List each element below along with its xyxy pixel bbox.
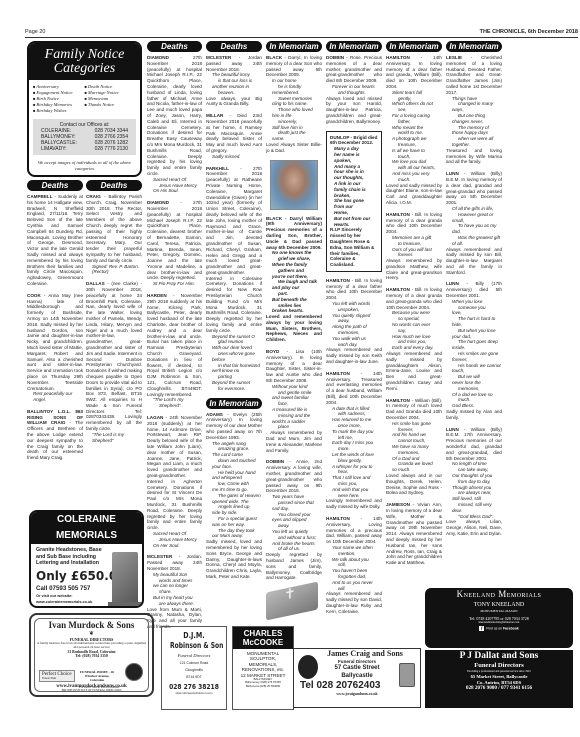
ad-phone: 028 276 38218 (167, 683, 221, 691)
notice-name: HAMILTON (326, 278, 350, 283)
notice-list: CRAIG - Ballintoy Parish Church. Craig, … (86, 194, 142, 443)
notice-poem: The beautiful ironyis that our loss isan… (206, 72, 262, 95)
notice-entry: MCLESTER - Jordan. Passed away 24th Nove… (147, 554, 202, 629)
ad-title: COLERAINE MEMORIALS (31, 512, 142, 544)
notice-signoff: Sadly missed, loved and remembered by he… (206, 539, 262, 580)
notice-entry: LAGAN - 24th November 2018 (suddenly) at… (147, 415, 202, 548)
ad-title: P J Dallat and Sons (425, 650, 573, 662)
poem-line: Shepherd". (153, 403, 202, 409)
notice-text: - Cherished memories of a loving Husband… (446, 55, 502, 95)
notice-poem: Sadly missed. (206, 154, 262, 160)
section-header-in-memoriam: In Memoriam (386, 41, 442, 52)
notice-name: BLACK (266, 55, 282, 60)
notice-signoff: . Always remembered by Dad and Mum, Jim … (266, 430, 322, 453)
section-header-deaths: Deaths (206, 41, 262, 52)
page-number: Page 20 (25, 29, 46, 35)
notice-signoff: Always remembered and sadly missed by so… (326, 591, 382, 614)
notice-signoff: Loved and sadly missed by daughter Elain… (386, 183, 442, 206)
notice-poem: When you losesomeone youlove,The hurt is… (446, 299, 502, 409)
notice-text: - 14th Anniversary. In loving memory of … (386, 55, 442, 89)
notice-text: - William (Billy) B.E.M. In loving memor… (446, 171, 502, 205)
ad-title: Ivan Murdock & Sons (35, 619, 148, 631)
notice-entry: BLACK - Darryl, In loving memory of a de… (266, 55, 322, 154)
notice-entry: DALLAS - (nee Clarke) - 30th November 20… (86, 281, 142, 443)
notice-name: HAMILTON (386, 398, 410, 403)
notice-signoff: Always remembered by grandson Matthew, w… (386, 258, 442, 281)
column-4: In Memoriam BLACK - Darryl, In loving me… (266, 41, 322, 619)
poem-line: for evermore. (212, 386, 262, 392)
categories-title: Family Notice Categories (29, 43, 140, 80)
ad-website-link[interactable]: www.ivanmurdockandsons.co.uk (35, 684, 148, 689)
notice-text: - Vivian Ann, In loving memory of a dear… (386, 502, 442, 565)
notice-signoff: Deeply regretted by husband James (Jim),… (266, 552, 322, 581)
poem-line: For a special guest (212, 516, 262, 522)
notice-poem: Sacred Heart OfJesus Have MercyOn Her So… (147, 531, 202, 548)
notice-signoff: Lovingly remembered and sadly missed by … (326, 498, 382, 510)
office-row: LIMAVADY:028 7776 2130 (41, 146, 128, 152)
notice-poem: Memories are a giftto treasure,Ours of y… (386, 235, 442, 258)
notice-text: - Lisa (10th Anniversary). In loving mem… (266, 349, 322, 383)
notice-poem: "The Lord's myShepherd". (147, 397, 202, 409)
ad-address: BT44 9DT (162, 675, 226, 679)
notice-signoff: Love always Lilian, George, Alison, Neil… (446, 519, 502, 536)
ad-brand: CHARLES McCOOKE (233, 627, 293, 649)
notice-entry: HAMILTON - William (Bill). In memory of … (386, 398, 442, 497)
notice-name: LUNN (446, 281, 459, 286)
category-item: Birthday Wishes (33, 108, 85, 114)
lion-crest-icon (298, 655, 318, 679)
poem-line: St Pio Pray For Him. (153, 281, 202, 287)
section-header-deaths: Deaths (147, 41, 202, 52)
notice-entry: BOYD - Lisa (10th Anniversary). In lovin… (266, 349, 322, 453)
notice-poem: A date that is filledwith sadness,Has re… (326, 406, 382, 499)
perfect-choice-sub: Funeral Plans (42, 677, 72, 680)
notice-poem: Rest peacefully our Angel. (27, 391, 83, 403)
bifd-label: BRITISH INSTITUTE OF FUNERAL DIRECTORS (35, 689, 148, 692)
ad-title: D.J.M. (168, 630, 219, 641)
ad-pj-dallat: P J Dallat and Sons Funeral Directors Pr… (425, 650, 573, 708)
poem-line: ones who've gone (212, 351, 262, 357)
notice-entry: CAMPBELL - Suddenly at his home 14 Hallg… (27, 194, 83, 287)
notice-name: DIAMOND (147, 55, 169, 60)
perfect-choice-logo: Perfect Choice Funeral Plans (39, 670, 75, 682)
notice-signoff: Loved always and in our thoughts, Derek,… (386, 473, 442, 496)
notice-poem: The angels sangamazing grace.The Lord ca… (206, 441, 262, 540)
column-1: Family Notice Categories Anniversary Dea… (27, 41, 142, 467)
category-list: Anniversary Death Notice Engagement Noti… (29, 80, 140, 117)
section-header-in-memoriam: In Memoriam (326, 41, 382, 52)
notice-text: - Annie, 2nd Anniversary. A loving wife,… (266, 459, 322, 493)
notice-poem: Many a dayher name isspoken,And many aho… (330, 146, 378, 227)
notice-text: - November 29th 2018 suddenly at his hom… (147, 293, 202, 397)
ad-subtitle: Funeral Directors (425, 662, 573, 670)
notice-name: DIAMOND (147, 200, 169, 205)
portrait-photo (270, 160, 318, 210)
ad-djm-robinson: D.J.M. Robinson & Son Funeral Directors … (161, 626, 227, 710)
ad-line: RENOVATIONS, etc. (233, 667, 293, 672)
ad-tagline: A family business free from all multinat… (35, 642, 148, 650)
notice-entry: LUNN - Billy (17th Anniversary) died 5th… (446, 281, 502, 420)
deaths-subcolumns: Deaths CAMPBELL - Suddenly at his home 1… (27, 180, 142, 467)
poem-line: Was the greatest gift (452, 235, 502, 241)
notice-entry: HAMILTON - Bill. In loving memory of a d… (386, 212, 442, 282)
notice-poem: Silent tears fallgently,Which others do … (386, 90, 442, 183)
ad-phone: Ballymena (028) 25 653690 (233, 685, 293, 688)
poem-line: Signed: Rev. P. Barton. (Rector) (92, 264, 142, 276)
notice-name: MCLESTER (206, 55, 231, 60)
notice-poem: Beyond the sunset Oglad reunionWith our … (206, 334, 262, 392)
notice-poem: His smile has goneforever,And his hand w… (386, 421, 442, 473)
lantern-icon (399, 663, 415, 687)
facebook-lead: Find us on (486, 626, 502, 630)
notice-name: LUNN (446, 427, 459, 432)
ad-email[interactable]: kneelandmemorials@btinternet.com (425, 621, 573, 624)
facebook-badge[interactable]: f Find us on Facebook (425, 626, 573, 631)
notice-entry: DIAMOND - 27th November 2018 (peacefully… (147, 55, 202, 194)
facebook-label: Facebook (503, 626, 519, 630)
notice-text: - 27th November 2018 (peacefully) at Rat… (206, 166, 262, 333)
notice-entry: HAMILTON - Bill. In loving memory of a d… (326, 278, 382, 365)
notice-poem: "The Lord is my Shepherd" (86, 432, 142, 444)
column-3: Deaths MCLESTER - Jordan passed away 24t… (206, 41, 262, 586)
section-header-in-memoriam: In Memoriam (266, 41, 322, 52)
notice-name: DALLAS (86, 281, 105, 286)
family-notice-categories-box: Family Notice Categories Anniversary Dea… (27, 41, 142, 177)
section-header-deaths: Deaths (27, 180, 83, 191)
notice-entry: LUNN - William (Billy) B.E.M. 17th Anniv… (446, 427, 502, 537)
notice-poem: Without your kindand gentle smileand swe… (266, 384, 322, 430)
notice-name: DUNLOP (330, 135, 349, 140)
notice-poem: Things havechanged in manyways,But one t… (446, 96, 502, 148)
ad-coleraine-memorials: COLERAINE MEMORIALS Granite Headstones, … (29, 510, 144, 608)
poem-line: "The Lord is my Shepherd" (92, 432, 142, 444)
notice-poem: Two years havepassed since thatsad day.Y… (266, 494, 322, 552)
notice-poem: My beautiful Sonwords and timeswe can no… (147, 572, 202, 607)
notice-name: COOK (27, 293, 41, 298)
categories-title-line2: Categories (29, 62, 140, 76)
notice-list: LESLIE - Cherished memories of a loving … (446, 55, 502, 537)
images-note: We accept images of individuals in all o… (29, 157, 140, 175)
ad-role: MONUMENTAL MASON (425, 609, 573, 613)
headstone-image (112, 552, 138, 604)
poem-line: The gates of Heaven (212, 493, 262, 499)
notice-list: ADAMS - Evelyn (25th Anniversary) In lov… (206, 412, 262, 580)
ad-line: Lettering and Installation (36, 560, 116, 567)
notice-text: - 24th November 2018 (suddenly) at her h… (147, 415, 202, 530)
dunlop-boxed-notice: DUNLOP - Brigid died 6th December 2012. … (326, 131, 382, 272)
notice-signoff: Loved Always Sister Billie-jo & Dad. (266, 142, 322, 154)
notice-entry: JAMIESON - Vivian Ann, In loving memory … (386, 502, 442, 566)
notice-entry: LESLIE - Cherished memories of a loving … (446, 55, 502, 165)
ad-title: Kneeland Memorials (425, 588, 573, 601)
poem-line: Rest peacefully our Angel. (33, 391, 83, 403)
ad-address: Cloughmills (162, 668, 226, 672)
ad-charles-mccooke: CHARLES McCOOKE MONUMENTAL SCULPTOR, MEM… (232, 626, 294, 710)
notice-name: BLACK (266, 216, 282, 221)
notice-name: HAMILTON (386, 287, 410, 292)
notice-name: HAMILTON (326, 371, 350, 376)
notice-entry: HAMILTON - 14th Anniversary. Loving memo… (326, 516, 382, 615)
column-7: In Memoriam LESLIE - Cherished memories … (446, 41, 502, 543)
notice-poem: No length of timecan take away,Our thoug… (446, 461, 502, 519)
notice-poem: You left with wordsunspoken,You quietly … (326, 301, 382, 347)
office-name: LIMAVADY: (41, 146, 67, 152)
notice-entry: LUNN - William (Billy) B.E.M. In loving … (446, 171, 502, 275)
notice-entry: HAMILTON - 14th Anniversary. Treasured a… (326, 371, 382, 510)
notice-entry: HARDEN - November 29th 2018 suddenly at … (147, 293, 202, 409)
masthead: Page 20 THE CHRONICLE, 6th December 2018 (25, 26, 578, 38)
notice-name: DOBBIN (326, 55, 344, 60)
notice-list: MCLESTER - Jordan passed away 24th Novem… (206, 55, 262, 392)
notice-list: HAMILTON - Bill. In loving memory of a d… (326, 278, 382, 615)
notice-entry: DIAMOND - 27th November 2018 (peacefully… (147, 200, 202, 287)
poem-line: On His Soul. (153, 188, 202, 194)
notice-signoff: Sadly missed by Alan and family. (446, 409, 502, 421)
notice-name: LUNN (446, 171, 459, 176)
category-item: Thanks Notice (85, 102, 137, 108)
notice-text: - The Officers and Brethren of the above… (27, 420, 83, 460)
notice-name: CAMPBELL (27, 194, 53, 199)
notice-poem: Forever in our heartsand thoughts. (326, 84, 382, 96)
deaths-subcolumn-a: Deaths CAMPBELL - Suddenly at his home 1… (27, 180, 83, 467)
notice-signoff: Always remembered and sadly missed by so… (326, 347, 382, 364)
paper-title-date: THE CHRONICLE, 6th December 2018 (480, 29, 578, 35)
notice-list: BLACK - Darryl, In loving memory of a de… (266, 55, 322, 581)
ad-name: TONY KNEELAND (425, 601, 573, 609)
notice-list: CAMPBELL - Suddenly at his home 14 Hallg… (27, 194, 83, 461)
ad-james-craig: James Craig and Sons Funeral Directors 5… (293, 648, 421, 708)
notice-name: HARDEN (147, 293, 167, 298)
deaths-subcolumn-b: Deaths CRAIG - Ballintoy Parish Church. … (86, 180, 142, 467)
notice-name: LAGAN (147, 415, 163, 420)
ad-address: 121 Culcrum Road (162, 661, 226, 665)
ad-title-2: Robinson & Son (170, 641, 218, 651)
notice-poem: Of all the gifts in life,However great o… (446, 206, 502, 247)
notice-text: - 14th Anniversary. Treasured and everla… (326, 371, 382, 405)
notice-name: MILLAR (206, 113, 223, 118)
notice-name: DOBBIN (266, 459, 284, 464)
notice-signoff: R.I.P Sincerely missed by her Daughters … (330, 227, 378, 268)
ad-website-link[interactable]: www.jcraigandsons.co.uk (294, 692, 420, 696)
ad-brand-line: McCOOKE (233, 638, 293, 647)
poem-line: Jesus Have Mercy (153, 537, 202, 543)
notice-entry: BLACK - Darryl William (9th Anniversary)… (266, 216, 322, 344)
notice-text: - 27th November 2018 (peacefully) at hos… (147, 55, 202, 176)
notice-signoff: Always remembered and sadly missed by gr… (386, 351, 442, 392)
column-5: In Memoriam DOBBIN - Rose. Precious memo… (326, 41, 382, 621)
notice-entry: HAMILTON - Bill. In loving memory of a d… (386, 287, 442, 391)
notice-signoff: Treasured and loving memories by Wife Ma… (446, 148, 502, 165)
notice-entry: HAMILTON - 14th Anniversary. In loving m… (386, 55, 442, 206)
notice-text: - William (Billy) B.E.M. 17th Anniversar… (446, 427, 502, 461)
section-header-in-memoriam: In Memoriam (206, 398, 262, 409)
notice-name: PARKHILL (206, 166, 229, 171)
notice-list: HAMILTON - 14th Anniversary. In loving m… (386, 55, 442, 566)
notice-entry: CRAIG - Ballintoy Parish Church. Craig, … (86, 194, 142, 275)
poem-line: Sadly missed. (212, 154, 262, 160)
notice-text: - 27th November 2018 (peacefully) at hos… (147, 200, 202, 280)
poem-line: His smiles are gone (452, 351, 502, 357)
ad-website-link[interactable]: www.robinsonsofculcrum.com (162, 691, 226, 695)
notice-poem: Because you wereso special,No words can … (386, 310, 442, 351)
ad-subtitle: Funeral Directors (162, 653, 226, 658)
notice-poem: Signed: Rev. P. Barton. (Rector) (86, 264, 142, 276)
ad-ivan-murdock: Ivan Murdock & Sons ❦ FUNERAL DIRECTORS … (29, 613, 154, 697)
ad-kneeland-memorials: Kneeland Memorials TONY KNEELAND MONUMEN… (425, 588, 573, 648)
notice-text: - Suddenly at his home 14 Hallgate view,… (27, 194, 83, 286)
notice-entry: DOBBIN - Rose. Precious memories of a de… (326, 55, 382, 125)
notice-poem: Your name we oftenmention,We talk about … (326, 545, 382, 591)
notice-text: - (nee Clarke) - 30th November 2018, pea… (86, 281, 142, 431)
notice-entry: DOBBIN - Annie, 2nd Anniversary. A lovin… (266, 459, 322, 581)
notice-signoff: Love always, your Big Aunty & Granda Bil… (206, 96, 262, 108)
column-2: Deaths DIAMOND - 27th November 2018 (pea… (147, 41, 202, 636)
bible-cross-icon (266, 582, 318, 621)
notice-name: ADAMS (206, 412, 223, 417)
notice-poem: No one knows thegrief we share,When the … (266, 250, 322, 314)
notice-list: DOBBIN - Rose. Precious memories of a de… (326, 55, 382, 125)
poem-line: Forever in our hearts (332, 84, 382, 90)
notice-name: CRAIG (86, 194, 101, 199)
notice-name: HAMILTON (386, 55, 410, 60)
notice-entry: ADAMS - Evelyn (25th Anniversary) In lov… (206, 412, 262, 580)
poem-line: On Her Soul. (153, 543, 202, 549)
poem-line: But when you lose (452, 328, 502, 334)
categories-title-line1: Family Notice (29, 48, 140, 62)
office-phone: 028 7776 2130 (95, 146, 128, 152)
notice-poem: St Pio Pray For Him. (147, 281, 202, 287)
poem-line: and without a fuss; (272, 535, 322, 541)
funeral-home-address: FUNERAL HOME - 26 Windsor Avenue, Colera… (79, 670, 115, 682)
notice-name: HAMILTON (326, 516, 350, 521)
notice-text: - Darryl William (9th Anniversary) Preci… (266, 216, 322, 250)
notice-entry: MCLESTER - Jordan passed away 24th Novem… (206, 55, 262, 107)
notice-list: DIAMOND - 27th November 2018 (peacefully… (147, 55, 202, 630)
notice-entry: COOK - Anna May (nee Hanna) late of Midd… (27, 293, 83, 403)
lion-crest-icon (125, 663, 143, 681)
notice-name: JAMIESON (386, 502, 410, 507)
notice-text: - Ballintoy Parish Church. Craig, Novemb… (86, 194, 142, 263)
notice-poem: In our homehe is fondlyremembered.Sweet … (266, 78, 322, 142)
notice-signoff: Loved and remembered always by your lovi… (266, 314, 322, 343)
notice-text: - Anna May (nee Hanna) late of Middlesbo… (27, 293, 83, 391)
section-header-in-memoriam: In Memoriam (446, 41, 502, 52)
notice-signoff: Always remembered and sadly missed by so… (446, 247, 502, 276)
notice-text: - Died 23rd November 2018 peacefully at … (206, 113, 262, 153)
ad-phone: Tel: (028) 7034 3350 (35, 654, 148, 658)
facebook-icon: f (479, 626, 484, 631)
notice-entry: BALLINTOY L.O.L. 863 RISING SONS OF WILL… (27, 409, 83, 461)
ad-brand-line: CHARLES (233, 629, 293, 638)
poem-line: down and touched (212, 458, 262, 464)
notice-name: HAMILTON (386, 212, 410, 217)
notice-entry: PARKHILL - 27th November 2018 (peacefull… (206, 166, 262, 392)
notice-name: BOYD (266, 349, 279, 354)
notice-signoff: Always loved and missed by your son Haro… (326, 96, 382, 125)
notice-poem: Sacred Heart OfJesus Have MercyOn His So… (147, 177, 202, 194)
ad-phone: 028 2076 9000 / 077 9341 6156 (425, 685, 573, 692)
section-header-deaths: Deaths (86, 180, 142, 191)
notice-name: LESLIE (446, 55, 462, 60)
notice-entry: MILLAR - Died 23rd November 2018 peacefu… (206, 113, 262, 159)
notice-name: MCLESTER (147, 554, 172, 559)
office-contacts: Contact our Offices at: COLERAINE:028 70… (33, 119, 136, 155)
column-6: In Memoriam HAMILTON - 14th Anniversary.… (386, 41, 442, 572)
